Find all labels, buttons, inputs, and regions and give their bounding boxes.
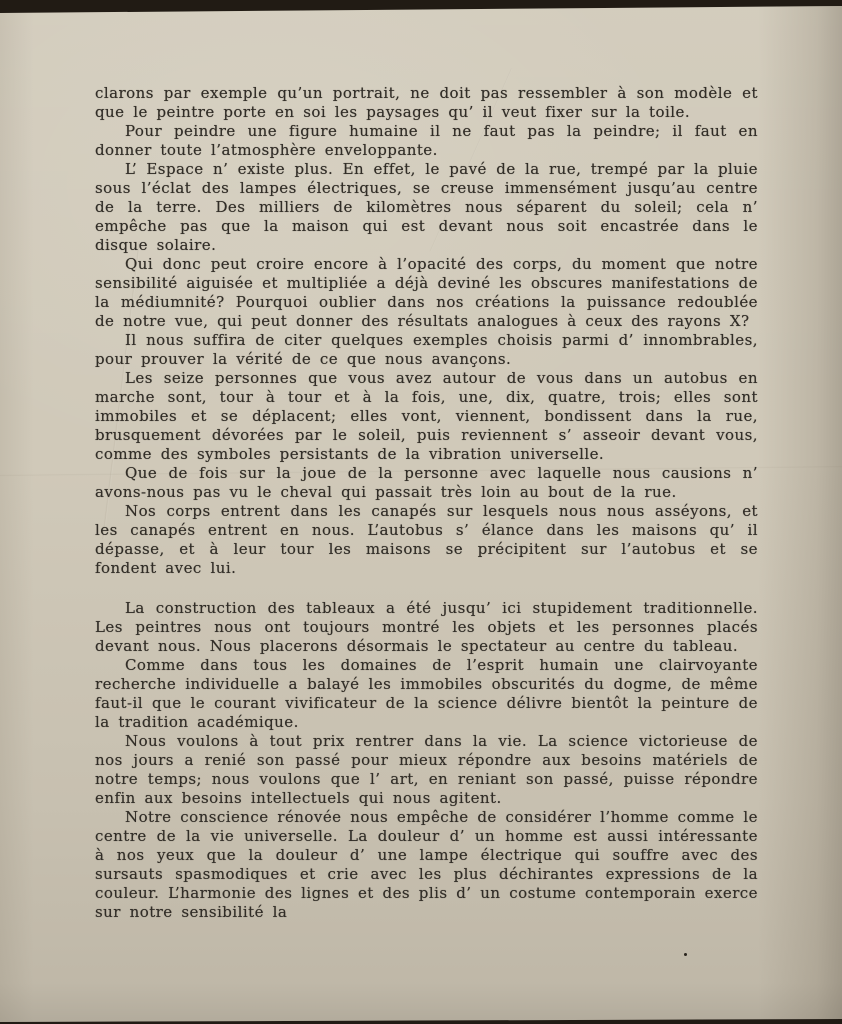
scanned-page: clarons par exemple qu’un portrait, ne d… [0, 0, 842, 1024]
manifesto-text-block: clarons par exemple qu’un portrait, ne d… [95, 84, 758, 922]
paragraph: Les seize personnes que vous avez autour… [95, 369, 758, 464]
paragraph: L’ Espace n’ existe plus. En effet, le p… [95, 160, 758, 255]
paragraph: Notre conscience rénovée nous empêche de… [95, 808, 758, 922]
paragraph: La construction des tableaux a été jusqu… [95, 599, 758, 656]
paragraph: Qui donc peut croire encore à l’opacité … [95, 255, 758, 331]
paragraph: Que de fois sur la joue de la personne a… [95, 464, 758, 502]
ink-speck [684, 953, 687, 956]
paper-sheet: clarons par exemple qu’un portrait, ne d… [0, 0, 842, 1024]
paragraph: Nos corps entrent dans les canapés sur l… [95, 502, 758, 578]
paragraph: Il nous suffira de citer quelques exempl… [95, 331, 758, 369]
paragraph: Comme dans tous les domaines de l’esprit… [95, 656, 758, 732]
paragraph: Nous voulons à tout prix rentrer dans la… [95, 732, 758, 808]
paragraph: Pour peindre une figure humaine il ne fa… [95, 122, 758, 160]
paragraph: clarons par exemple qu’un portrait, ne d… [95, 84, 758, 122]
